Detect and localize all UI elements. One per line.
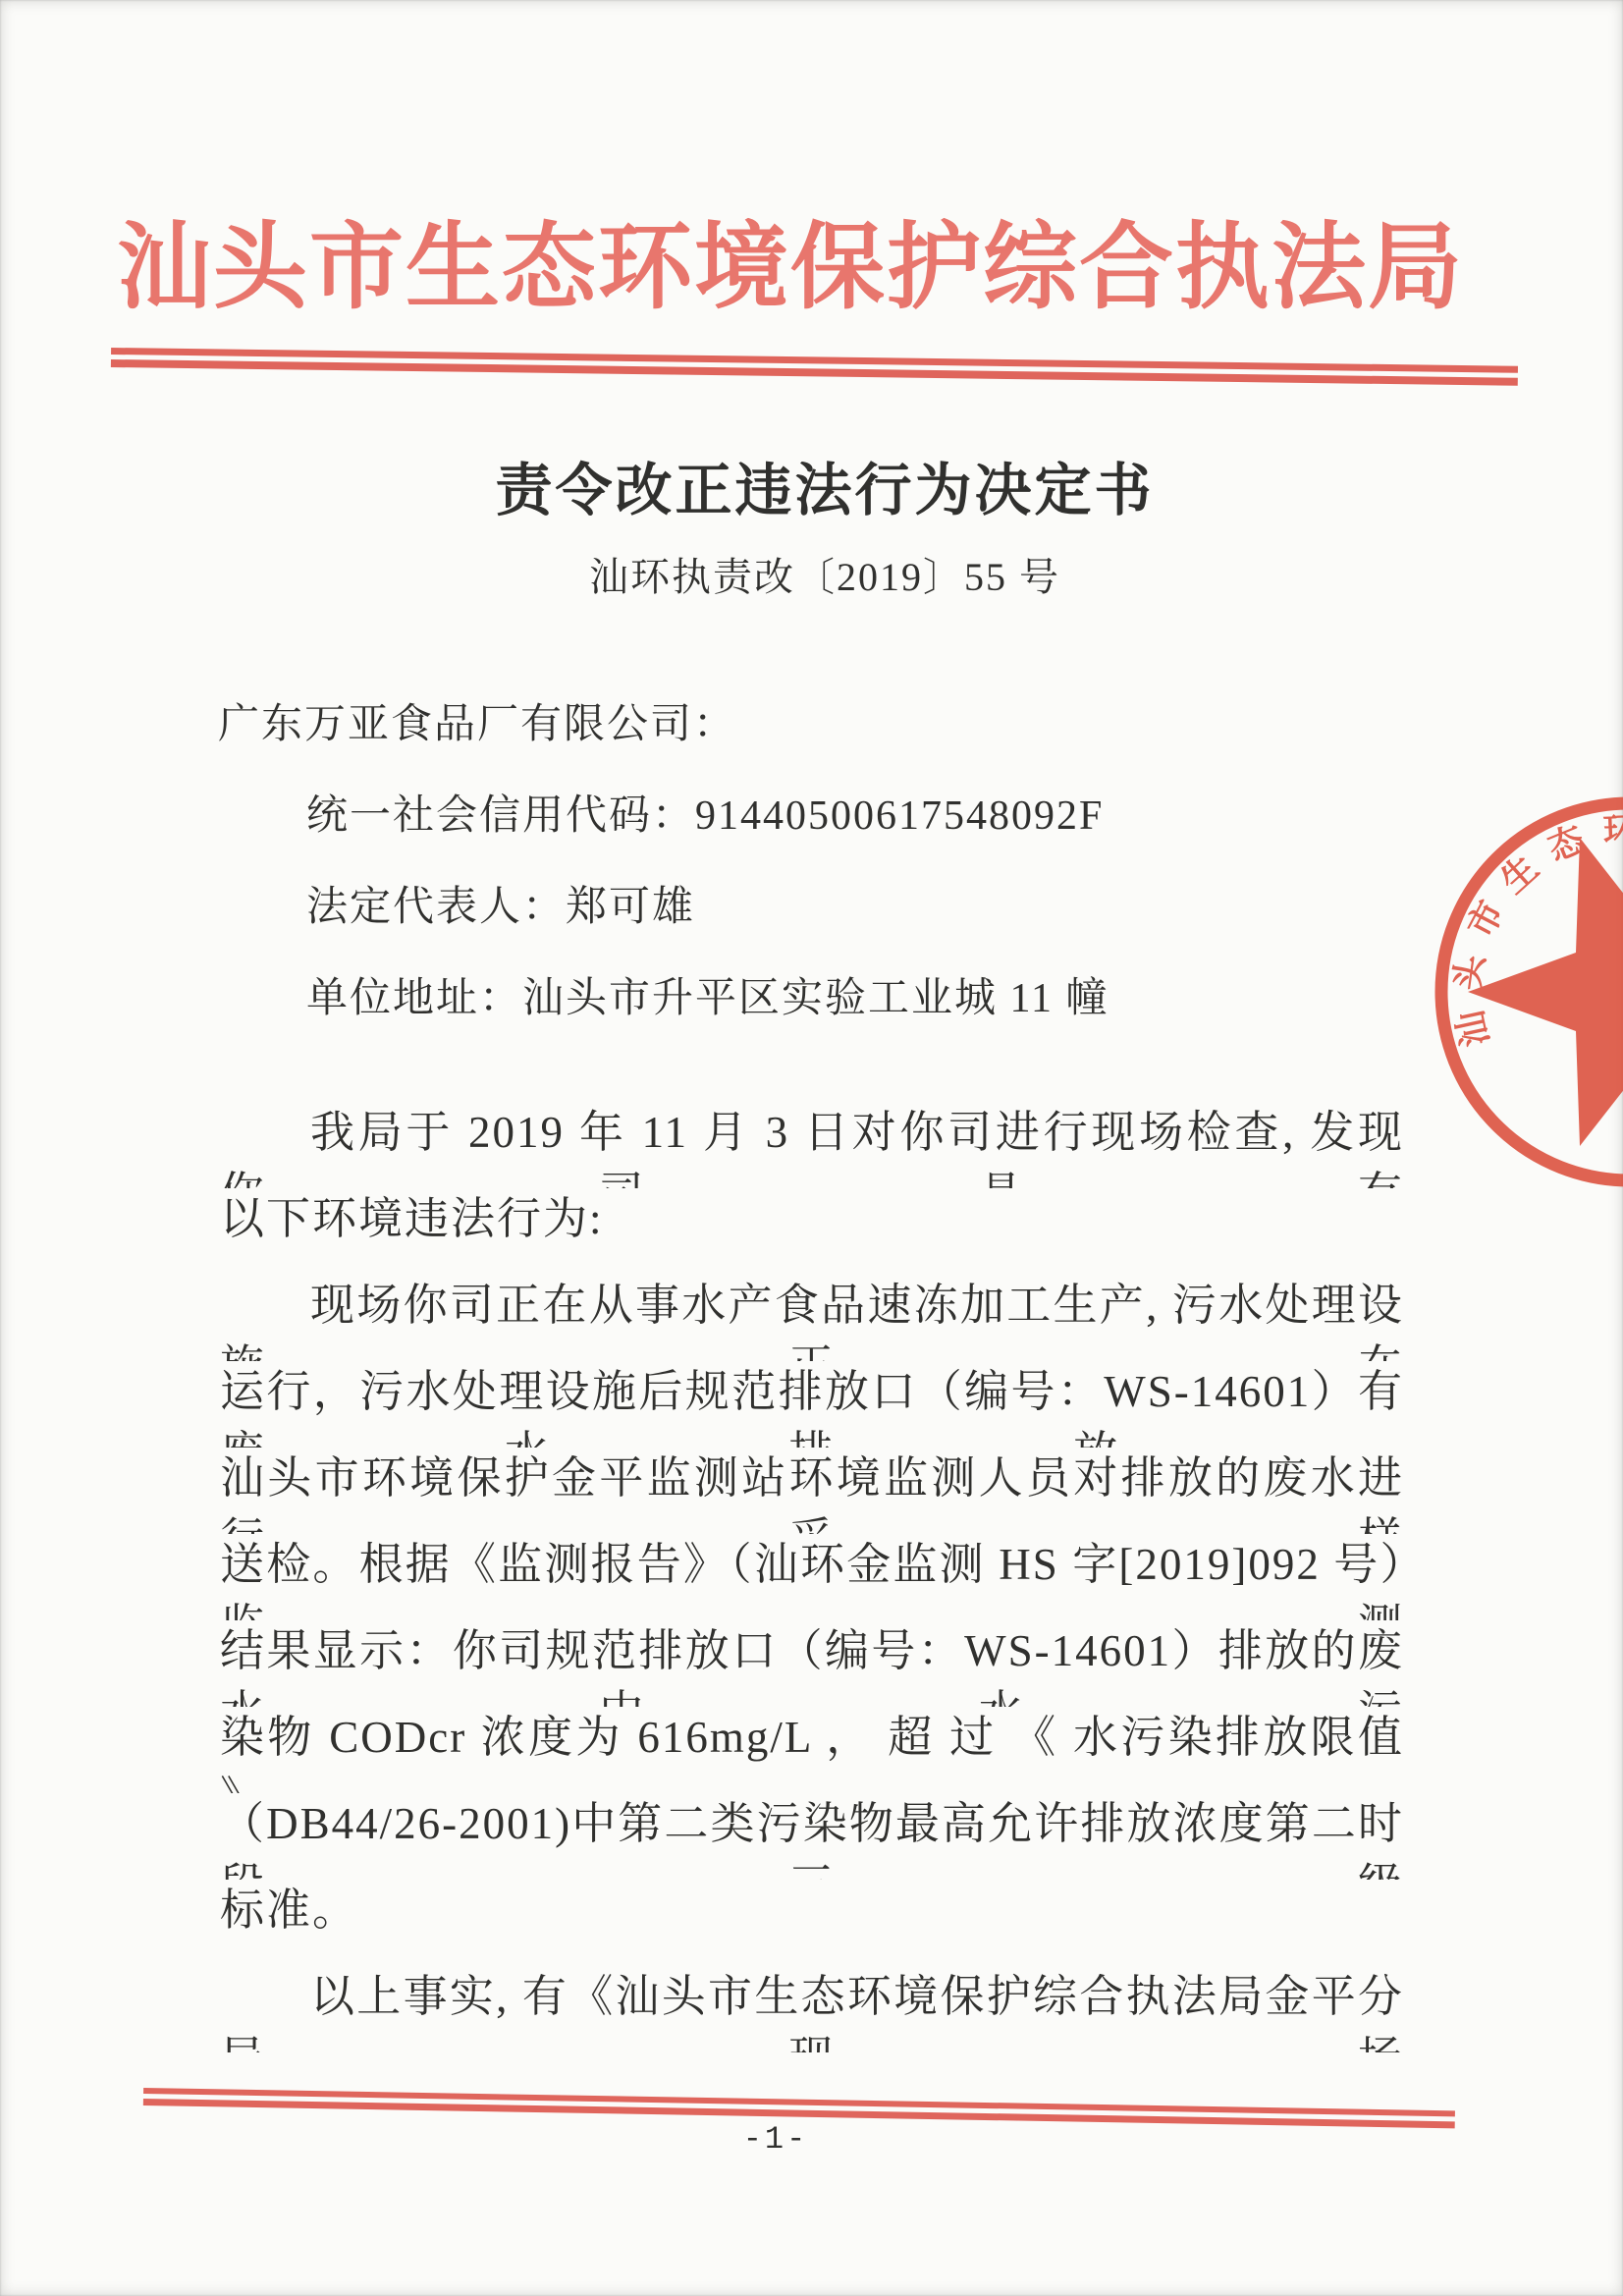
stamp-star: [1468, 838, 1623, 1146]
body-line: 我局于 2019 年 11 月 3 日对你司进行现场检查, 发现你司具有: [220, 1102, 1404, 1188]
agency-header: 汕头市生态环境保护综合执法局: [88, 192, 1492, 327]
credit-code-line: 统一社会信用代码：91440500617548092F: [306, 783, 1499, 842]
address-line: 单位地址：汕头市升平区实验工业城 11 幢: [306, 965, 1499, 1024]
recipient-name: 广东万亚食品厂有限公司：: [218, 691, 1411, 750]
header-red-rule: [111, 348, 1518, 386]
body-line: 现场你司正在从事水产食品速冻加工生产, 污水处理设施正在: [220, 1275, 1404, 1361]
body-line: 标准。: [220, 1880, 1404, 1966]
body-line: 汕头市环境保护金平监测站环境监测人员对排放的废水进行采样: [220, 1448, 1404, 1534]
body-line: 送检。根据《监测报告》（汕环金监测 HS 字[2019]092 号）监测: [220, 1534, 1404, 1620]
body-line: 以下环境违法行为:: [220, 1188, 1404, 1275]
body-line: 染物 CODcr 浓度为 616mg/L ， 超 过 《 水污染排放限值 》: [220, 1707, 1404, 1793]
body-line: 运行，污水处理设施后规范排放口（编号：WS-14601）有废水排放，: [220, 1361, 1404, 1448]
page-number: -1-: [0, 2121, 1551, 2158]
body-text: 我局于 2019 年 11 月 3 日对你司进行现场检查, 发现你司具有以下环境…: [220, 1102, 1404, 2052]
document-page: 汕头市生态环境保护综合执法局 责令改正违法行为决定书 汕环执责改〔2019〕55…: [0, 0, 1623, 2296]
body-line: 结果显示：你司规范排放口（编号：WS-14601）排放的废水中水污: [220, 1620, 1404, 1707]
body-line: 以上事实, 有《汕头市生态环境保护综合执法局金平分局现场: [220, 1966, 1404, 2052]
official-stamp: 汕头市生态环境保护综合执法局: [1419, 793, 1623, 1188]
document-number: 汕环执责改〔2019〕55 号: [0, 546, 1623, 602]
legal-rep-line: 法定代表人：郑可雄: [306, 874, 1499, 933]
document-title: 责令改正违法行为决定书: [0, 444, 1623, 526]
body-line: （DB44/26-2001)中第二类污染物最高允许排放浓度第二时段三级: [220, 1793, 1404, 1880]
